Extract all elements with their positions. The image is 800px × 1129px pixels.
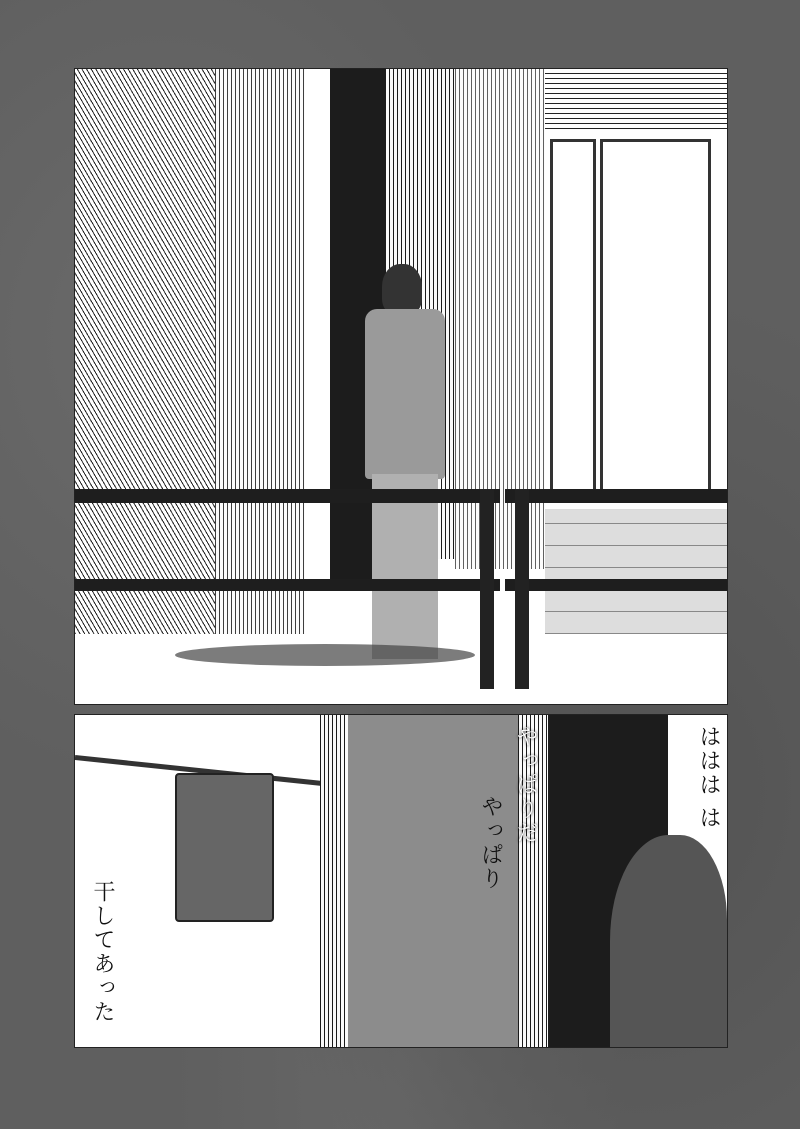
post-edge — [320, 715, 348, 1047]
window-frame-left — [550, 139, 596, 495]
panel-1 — [74, 68, 728, 705]
towel — [175, 773, 274, 922]
caption-hoshite-atta: 干してあった — [87, 880, 118, 1024]
left-wall-hatching — [75, 69, 215, 634]
railing-post — [515, 489, 529, 689]
caption-hahahaha: ははは は — [693, 725, 724, 830]
man-head — [610, 835, 727, 1047]
caption-yappari: やっぱり — [475, 795, 506, 891]
railing-top-right — [505, 489, 727, 503]
railing-post — [480, 489, 494, 689]
wall-column — [215, 69, 305, 634]
panel-2: 干してあった やっぱり やっぱりだ ははは は — [74, 714, 728, 1048]
window-frame-right — [600, 139, 711, 495]
transom-hatching — [545, 69, 727, 129]
caption-yappari-da: やっぱりだ — [510, 725, 541, 845]
railing-bottom-right — [505, 579, 727, 591]
tiled-floor — [545, 509, 727, 634]
railing-bottom-left — [75, 579, 500, 591]
railing-top-left — [75, 489, 500, 503]
man-figure — [357, 264, 452, 664]
shadow — [175, 644, 475, 666]
